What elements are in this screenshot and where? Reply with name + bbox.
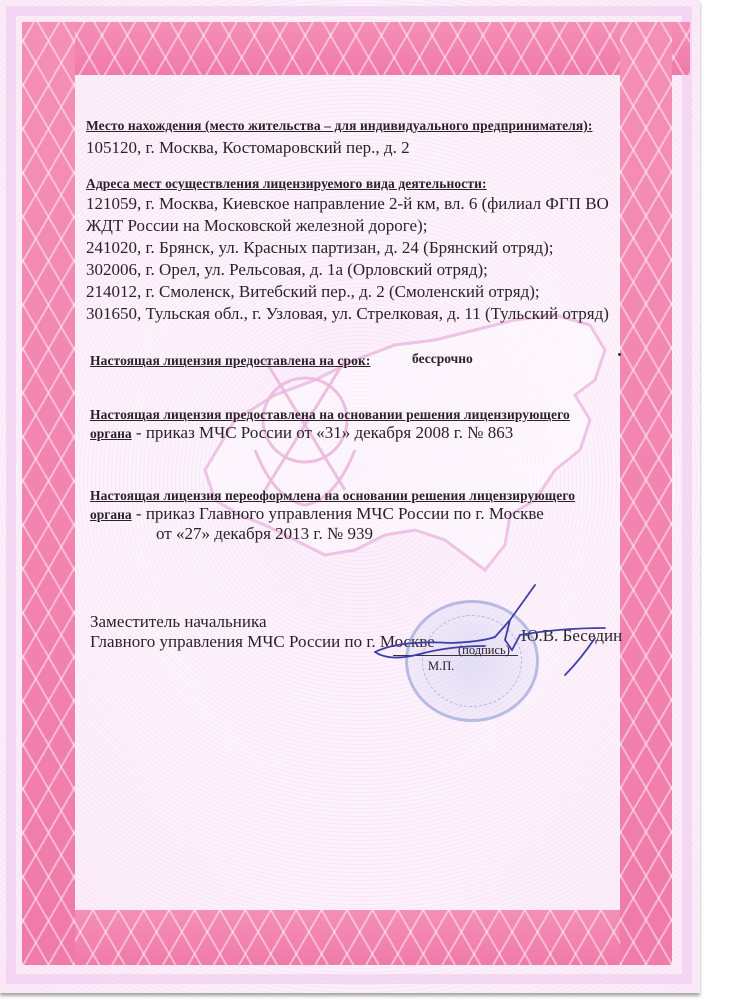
handwritten-signature-icon [360,580,620,690]
signatory-position-line1: Заместитель начальника [90,612,267,632]
granted-basis-line: органа - приказ МЧС России от «31» декаб… [90,423,513,443]
border-band-right [620,22,672,965]
reissued-basis-value: - приказ Главного управления МЧС России … [132,504,544,523]
location-label: Место нахождения (место жительства – для… [86,118,593,134]
reissued-basis-date: от «27» декабря 2013 г. № 939 [156,524,373,544]
speck [618,353,621,356]
address-line: 121059, г. Москва, Киевское направление … [86,194,609,214]
border-band-top [22,22,690,75]
border-band-left [22,22,75,965]
granted-basis-value: - приказ МЧС России от «31» декабря 2008… [132,423,514,442]
address-line: 241020, г. Брянск, ул. Красных партизан,… [86,238,554,258]
activity-addresses-label: Адреса мест осуществления лицензируемого… [86,176,487,192]
reissued-basis-line: органа - приказ Главного управления МЧС … [90,504,544,524]
address-line: 301650, Тульская обл., г. Узловая, ул. С… [86,304,609,324]
license-page: Место нахождения (место жительства – для… [0,0,700,993]
russia-map-emblem-watermark-icon [195,300,615,590]
location-value: 105120, г. Москва, Костомаровский пер., … [86,138,410,158]
granted-basis-label-cont: органа [90,426,132,441]
reissued-basis-label-cont: органа [90,507,132,522]
address-line: 214012, г. Смоленск, Витебский пер., д. … [86,282,540,302]
term-label: Настоящая лицензия предоставлена на срок… [90,353,370,369]
granted-basis-label: Настоящая лицензия предоставлена на осно… [90,407,570,423]
term-value: бессрочно [412,351,473,367]
address-line: 302006, г. Орел, ул. Рельсовая, д. 1а (О… [86,260,488,280]
reissued-basis-label: Настоящая лицензия переоформлена на осно… [90,488,575,504]
border-band-bottom [22,910,672,965]
address-line: ЖДТ России на Московской железной дороге… [86,216,427,236]
